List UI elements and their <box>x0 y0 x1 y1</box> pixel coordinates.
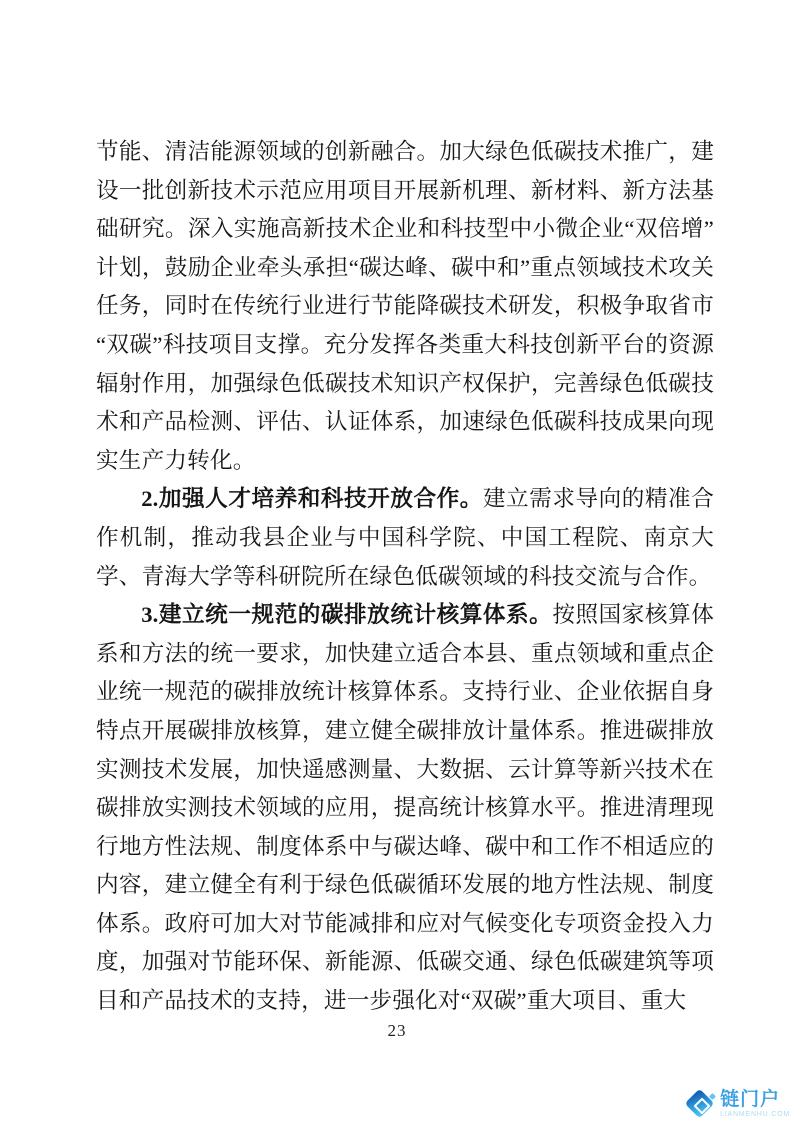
logo-brand-domain: LIANMENHU.COM <box>720 1111 790 1118</box>
paragraph: 节能、清洁能源领域的创新融合。加大绿色低碳技术推广，建设一批创新技术示范应用项目… <box>96 133 714 480</box>
paragraph: 3.建立统一规范的碳排放统计核算体系。按照国家核算体系和方法的统一要求，加快建立… <box>96 596 714 1021</box>
document-body-text: 节能、清洁能源领域的创新融合。加大绿色低碳技术推广，建设一批创新技术示范应用项目… <box>96 133 714 1021</box>
lianmenhu-watermark-logo[interactable]: 链门户 LIANMENHU.COM <box>684 1088 790 1120</box>
lianmenhu-logo-icon <box>684 1088 716 1120</box>
logo-brand-name: 链门户 <box>720 1090 790 1109</box>
paragraph-bold-run: 2.加强人才培养和科技开放合作。 <box>141 486 483 511</box>
logo-text-block: 链门户 LIANMENHU.COM <box>720 1090 790 1118</box>
paragraph-bold-run: 3.建立统一规范的碳排放统计核算体系。 <box>141 602 552 627</box>
paragraph: 2.加强人才培养和科技开放合作。建立需求导向的精准合作机制，推动我县企业与中国科… <box>96 480 714 596</box>
page-footer: 23 <box>0 1021 794 1041</box>
paragraph-text-run: 按照国家核算体系和方法的统一要求，加快建立适合本县、重点领域和重点企业统一规范的… <box>96 602 714 1013</box>
page-number: 23 <box>388 1021 407 1040</box>
document-page: 节能、清洁能源领域的创新融合。加大绿色低碳技术推广，建设一批创新技术示范应用项目… <box>0 0 794 1123</box>
paragraph-text-run: 节能、清洁能源领域的创新融合。加大绿色低碳技术推广，建设一批创新技术示范应用项目… <box>96 139 714 473</box>
